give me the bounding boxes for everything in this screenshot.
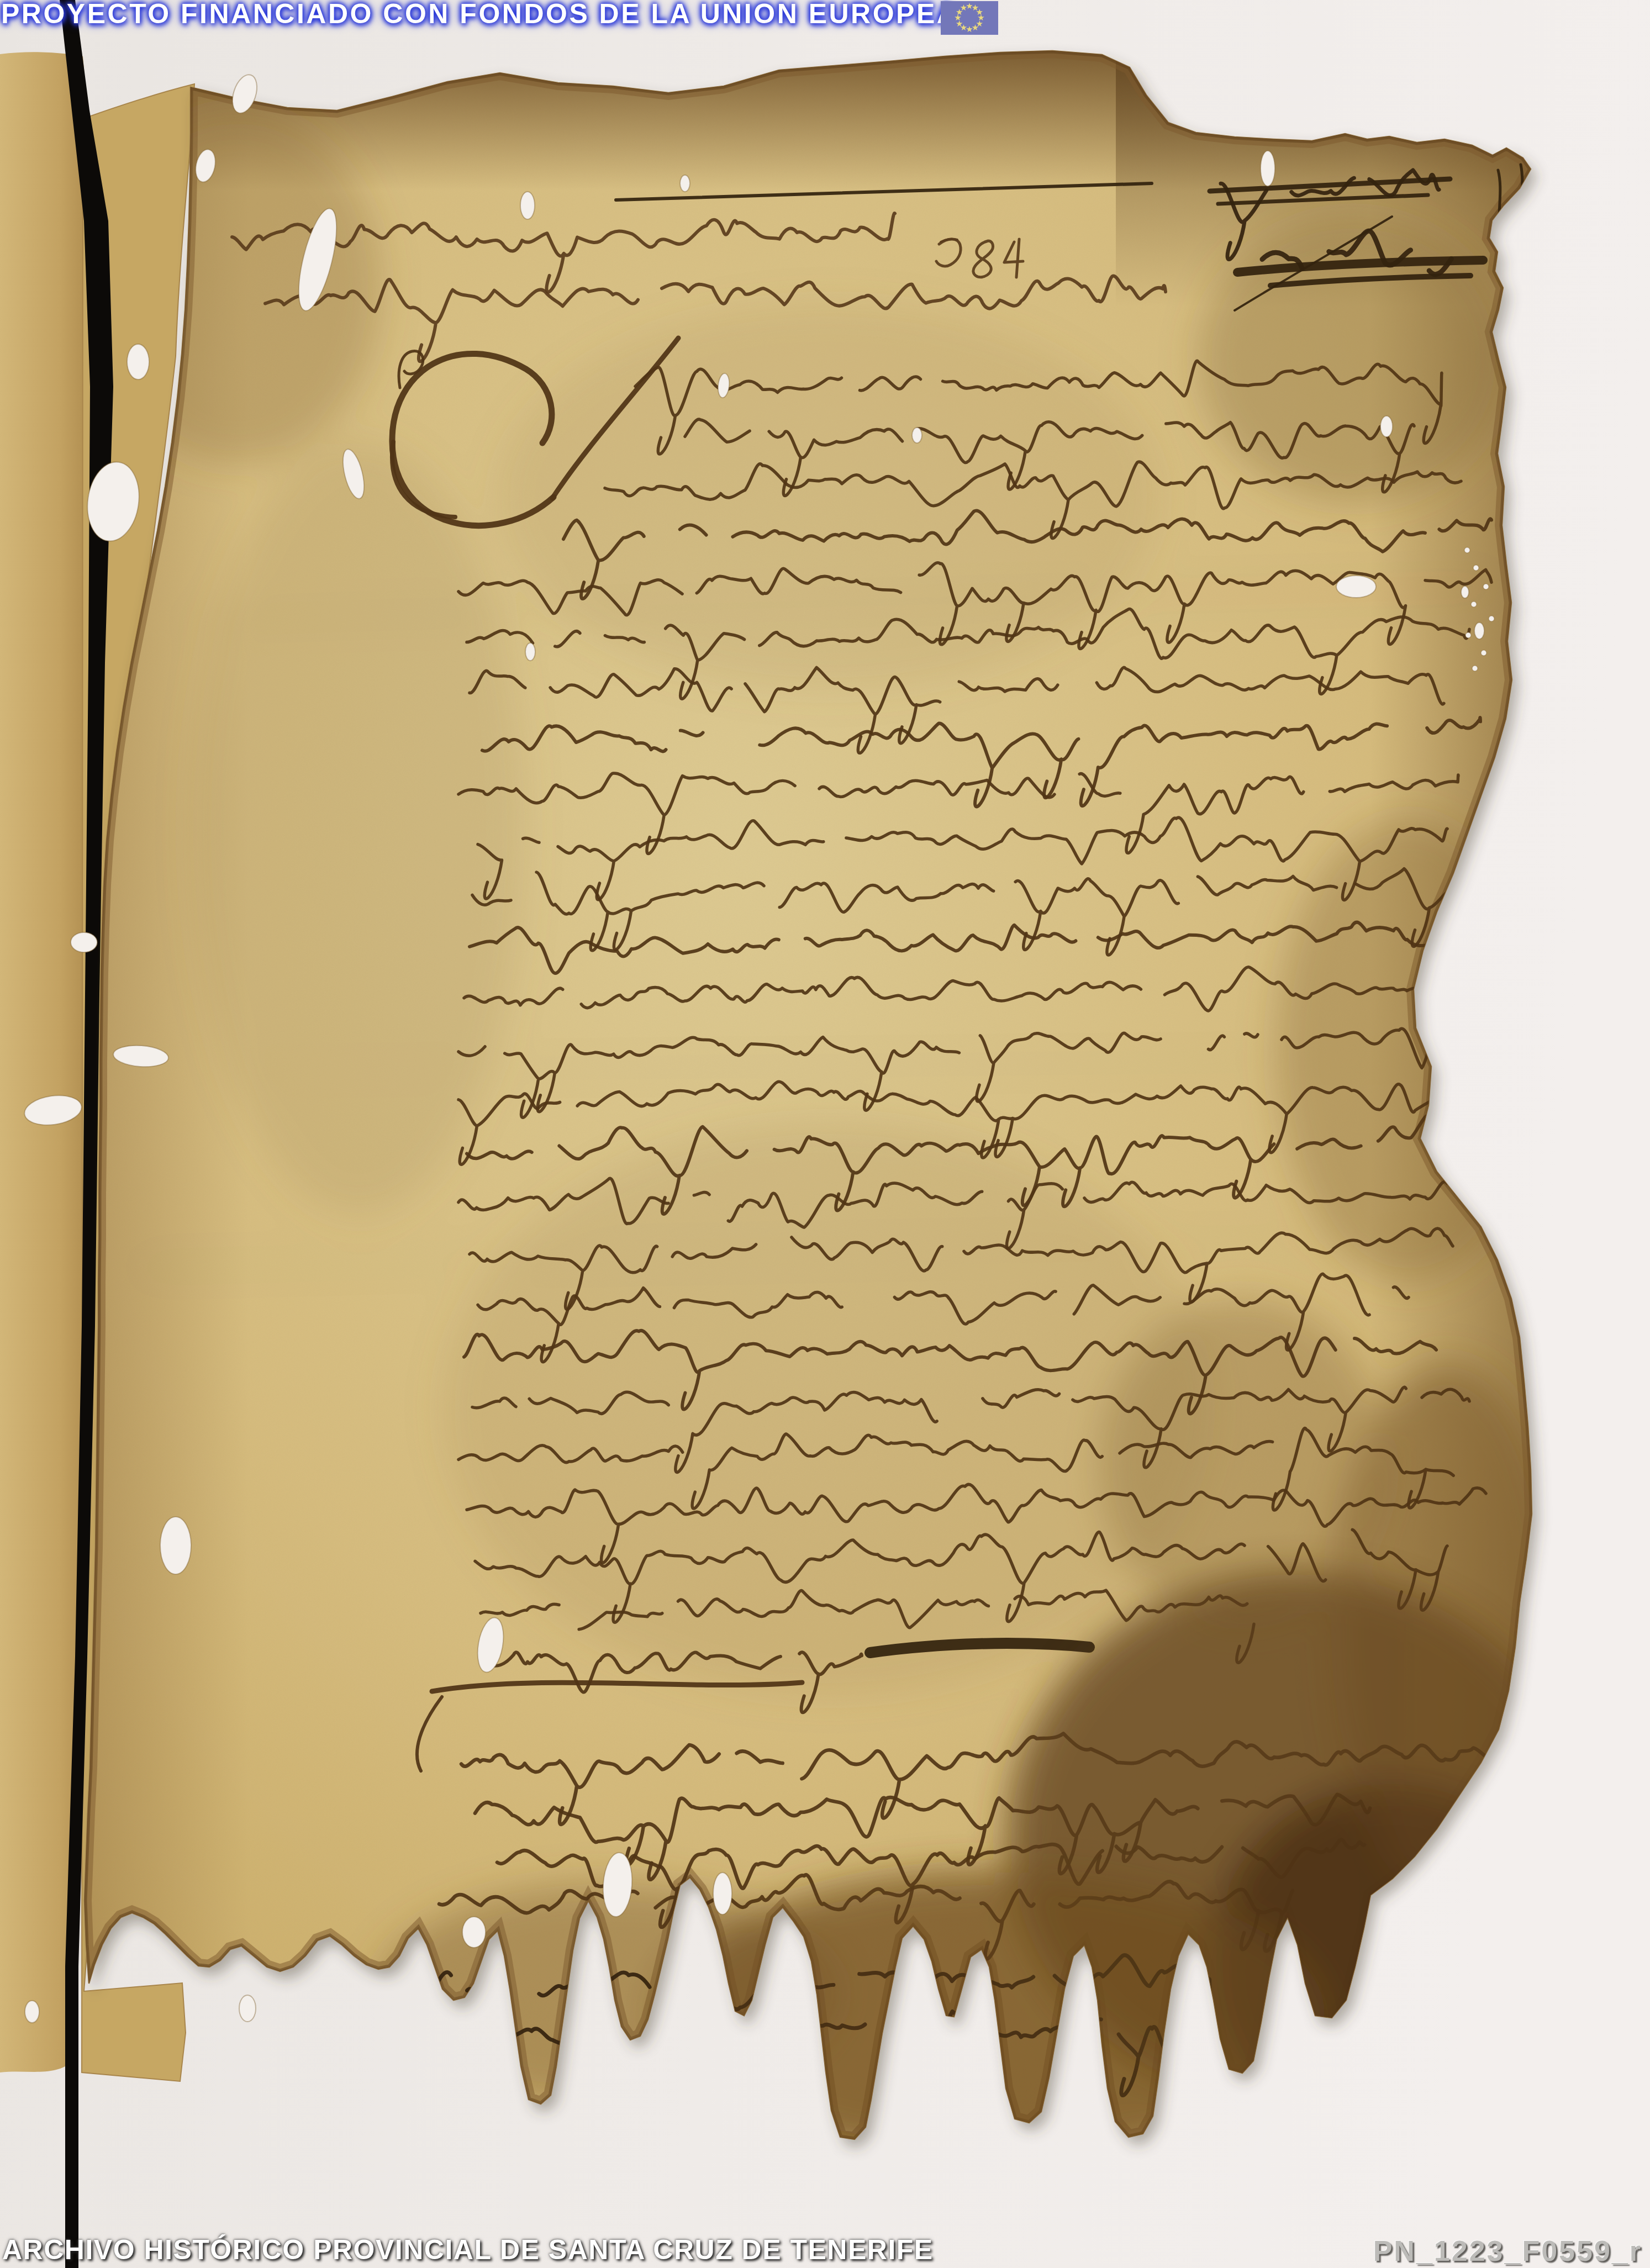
screenshot-root: { "banner": { "label": "PROYECTO FINANCI… [0, 0, 1650, 2268]
page-surface [72, 39, 1585, 2165]
manuscript-page [72, 39, 1585, 2165]
eu-star-icon: ★ [960, 3, 967, 12]
reference-code-caption: PN_1223_F0559_r [1373, 2235, 1642, 2268]
eu-flag-icon: ★★★★★★★★★★★★ [941, 1, 998, 35]
manuscript-scan [0, 0, 1650, 2268]
archive-name-caption: ARCHIVO HISTÓRICO PROVINCIAL DE SANTA CR… [2, 2234, 934, 2266]
funding-banner-text: PROYECTO FINANCIADO CON FONDOS DE LA UNI… [1, 0, 958, 30]
